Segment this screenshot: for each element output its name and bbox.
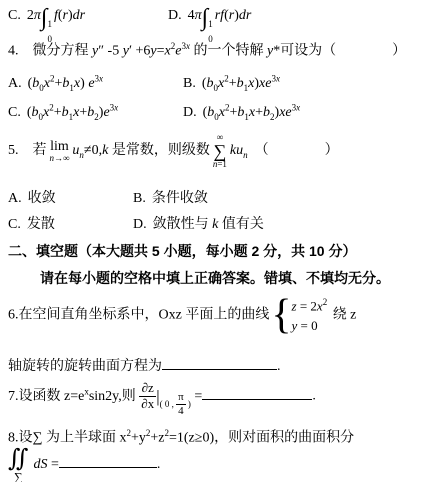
q5-stem: 5. 若limn→∞un≠0,k 是常数，则级数∞∑n=1kun （ ） xyxy=(8,133,339,169)
q4-options-cd: C.(b0x2+b1x+b2)e3x D.(b0x2+b1x+b2)xe3x xyxy=(8,102,300,123)
option-formula: 2π∫10f(r)dr xyxy=(27,8,85,23)
option-label: D. xyxy=(168,8,182,23)
answer-blank xyxy=(59,454,157,468)
q5-option-a: A.收敛 xyxy=(8,190,133,208)
exam-page: C.2π∫10f(r)dr D.4π∫10rf(r)dr 4. 微分方程 y″ … xyxy=(0,0,421,482)
option-label: D. xyxy=(133,217,147,232)
option-label: B. xyxy=(183,76,196,91)
brace-glyph: { xyxy=(271,298,291,334)
option-text: 发散 xyxy=(27,217,55,232)
q6-text-prefix: 6.在空间直角坐标系中，Oxz 平面上的曲线 xyxy=(8,308,269,323)
option-text: 收敛 xyxy=(28,191,56,206)
option-label: C. xyxy=(8,8,21,23)
q8-line1: 8.设∑ 为上半球面 x2+y2+z2=1(z≥0)，则对面积的曲面积分 xyxy=(8,428,354,447)
q6-text-suffix: 绕 z xyxy=(333,308,357,323)
answer-blank xyxy=(202,386,312,400)
q4-option-a: A.(b0x2+b1x) e3x xyxy=(8,73,183,94)
option-label: B. xyxy=(133,191,146,206)
q3-option-d: D.4π∫10rf(r)dr xyxy=(168,6,251,44)
q3-options-row: C.2π∫10f(r)dr D.4π∫10rf(r)dr xyxy=(8,6,251,44)
q4-options-ab: A.(b0x2+b1x) e3x B.(b0x2+b1x)xe3x xyxy=(8,73,280,94)
q5-option-c: C.发散 xyxy=(8,216,133,234)
q7-tail: . xyxy=(312,389,316,404)
q5-option-d: D.敛散性与 k 值有关 xyxy=(133,216,264,234)
q6-tail: . xyxy=(277,359,281,374)
q4-option-b: B.(b0x2+b1x)xe3x xyxy=(183,73,280,94)
q5-options-ab: A.收敛 B.条件收敛 xyxy=(8,190,208,208)
q8-line2: ∬∑dS =. xyxy=(8,447,160,482)
q5-option-b: B.条件收敛 xyxy=(133,190,208,208)
q6-line2-text: 轴旋转的旋转曲面方程为 xyxy=(8,359,162,374)
section2-title: 二、填空题（本大题共 5 小题，每小题 2 分，共 10 分） xyxy=(8,243,356,261)
q6-case-top: z = 2x2 xyxy=(292,297,328,315)
option-formula: (b0x2+b1x)xe3x xyxy=(202,76,280,91)
option-text: 敛散性与 k 值有关 xyxy=(153,217,264,232)
option-text: 条件收敛 xyxy=(152,191,208,206)
option-label: C. xyxy=(8,217,21,232)
q8-integral: ∬∑dS = xyxy=(8,457,59,472)
option-formula: 4π∫10rf(r)dr xyxy=(188,8,252,23)
q7-formula: 7.设函数 z=exsin2y,则 ∂z∂x|( 0 , π4 ) = xyxy=(8,389,202,404)
q7-line: 7.设函数 z=exsin2y,则 ∂z∂x|( 0 , π4 ) =. xyxy=(8,381,316,418)
option-label: A. xyxy=(8,191,22,206)
option-label: D. xyxy=(183,105,197,120)
option-formula: (b0x2+b1x) e3x xyxy=(28,76,103,91)
q6-cases: {z = 2x2y = 0 xyxy=(271,297,327,334)
q4-stem: 4. 微分方程 y″ -5 y′ +6y=x2e3x 的一个特解 y*可设为（ … xyxy=(8,41,406,60)
q6-case-bottom: y = 0 xyxy=(292,318,328,334)
q8-tail: . xyxy=(157,457,161,472)
q4-option-c: C.(b0x2+b1x+b2)e3x xyxy=(8,102,183,123)
q4-option-d: D.(b0x2+b1x+b2)xe3x xyxy=(183,102,300,123)
q6-line1: 6.在空间直角坐标系中，Oxz 平面上的曲线{z = 2x2y = 0 绕 z xyxy=(8,297,356,334)
option-formula: (b0x2+b1x+b2)xe3x xyxy=(203,105,301,120)
option-formula: (b0x2+b1x+b2)e3x xyxy=(27,105,118,120)
section2-note: 请在每小题的空格中填上正确答案。错填、不填均无分。 xyxy=(40,270,390,288)
q6-line2: 轴旋转的旋转曲面方程为. xyxy=(8,356,281,376)
q5-options-cd: C.发散 D.敛散性与 k 值有关 xyxy=(8,216,264,234)
q3-option-c: C.2π∫10f(r)dr xyxy=(8,6,168,44)
option-label: C. xyxy=(8,105,21,120)
option-label: A. xyxy=(8,76,22,91)
answer-blank xyxy=(162,356,277,370)
